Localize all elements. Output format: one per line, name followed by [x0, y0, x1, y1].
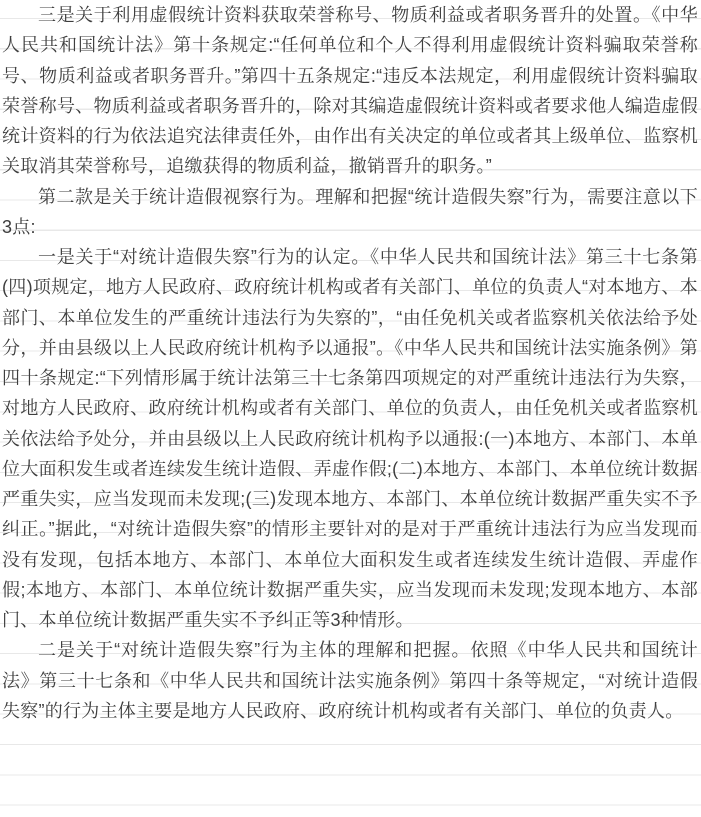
paragraph-intro-three-points: 第二款是关于统计造假视察行为。理解和把握“统计造假失察”行为，需要注意以下3点: [2, 182, 698, 243]
paragraph-penalty-disposal: 三是关于利用虚假统计资料获取荣誉称号、物质利益或者职务晋升的处置。《中华人民共和… [2, 0, 698, 182]
document-page: 三是关于利用虚假统计资料获取荣誉称号、物质利益或者职务晋升的处置。《中华人民共和… [0, 0, 701, 817]
paragraph-point-one-determination: 一是关于“对统计造假失察”行为的认定。《中华人民共和国统计法》第三十七条第(四)… [2, 242, 698, 635]
paragraph-point-two-subject: 二是关于“对统计造假失察”行为主体的理解和把握。依照《中华人民共和国统计法》第三… [2, 635, 698, 726]
